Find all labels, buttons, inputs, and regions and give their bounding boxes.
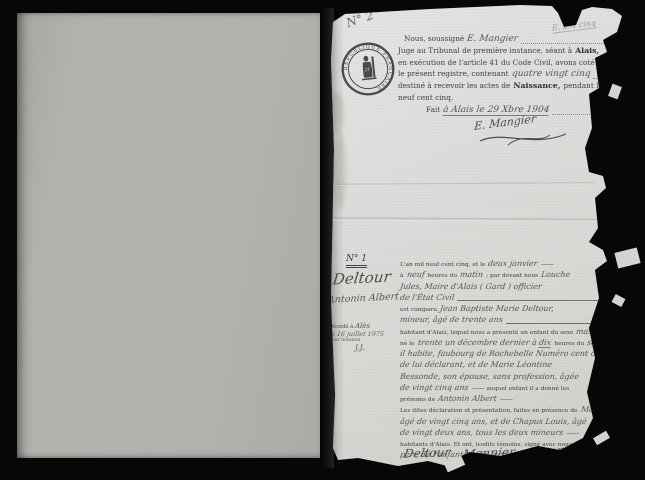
printed-text: ; par devant nous — [486, 273, 538, 279]
death-margin-note: Décédé à Alès le 16 juillet 1975 Pour me… — [329, 322, 403, 352]
register-scan: N° 2 E. 2M cinq RÉPUBLIQUE FRANÇAISE 2f … — [0, 0, 645, 480]
handwritten-text: dix — [539, 338, 552, 348]
text-line: Bessonde, son épouse, sans profession, â… — [400, 372, 622, 383]
handwritten-text: Jean Baptiste Marie Deltour, — [440, 304, 555, 313]
death-note-date: le 16 juillet 1975 — [329, 330, 404, 338]
printed-text: Juge au Tribunal de première instance, s… — [398, 46, 572, 55]
signature: Louche — [593, 441, 640, 463]
printed-text: est comparu — [400, 307, 437, 313]
handwritten-text: deux janvier — [488, 259, 539, 268]
handwritten-text: de l'État Civil — [399, 293, 454, 302]
handwritten-text: matin — [460, 270, 484, 279]
handwritten-text: soir — [587, 338, 603, 347]
handwritten-text: neuf — [406, 270, 425, 279]
handwritten-text: de lui déclarant, et de Marie Léontine — [399, 360, 552, 369]
handwritten-text: quatre vingt cinq — [511, 69, 591, 79]
printed-text: Nous, soussigné — [404, 34, 464, 43]
text-line: en exécution de l'article 41 du Code Civ… — [398, 58, 624, 70]
printed-text: heures du — [427, 273, 457, 279]
text-line: Jules, Maire d'Alais ( Gard ) officier — [400, 282, 622, 293]
text-line: est comparuJean Baptiste Marie Deltour, — [400, 304, 622, 315]
text-line: de lui déclarant, et de Marie Léontine — [400, 360, 622, 371]
printed-text: neuf cent cinq. — [398, 93, 453, 102]
torn-paper-fleck — [608, 84, 622, 100]
text-line: neuf cent cinq. — [398, 93, 624, 105]
text-line: prénoms deAntonin Albert—— — [400, 394, 622, 405]
printed-text: —— — [541, 260, 553, 268]
torn-paper-fleck — [614, 247, 640, 268]
handwritten-text: Monnier Pierre — [580, 405, 642, 414]
printed-text: Alais, — [575, 46, 599, 55]
handwritten-text: Bessonde, son épouse, sans profession, â… — [399, 372, 579, 381]
printed-text: L'an mil neuf cent cinq, et le — [400, 262, 485, 268]
signature: Deltour — [403, 445, 452, 461]
handwritten-text: Louche — [541, 270, 571, 279]
seal-denomination: 2f — [364, 67, 370, 73]
printed-text: , dans la maison où — [605, 341, 645, 347]
text-line: de vingt deux ans, tous les deux mineurs… — [400, 428, 622, 439]
handwritten-text: âgé de vingt cinq ans, et de Chapus Loui… — [399, 417, 587, 426]
republic-revenue-stamp-seal: RÉPUBLIQUE FRANÇAISE 2f — [338, 39, 397, 98]
handwritten-text: il habite, faubourg de Rochebelle Numéro… — [399, 349, 610, 358]
fill-line — [521, 42, 624, 44]
printed-text: —— — [500, 395, 512, 403]
blank-left-page — [17, 13, 322, 458]
printed-text: —— — [566, 429, 578, 437]
text-line: mineur, âgé de trente ans — [400, 315, 622, 326]
fill-line — [506, 322, 622, 324]
signatures-row: DeltourMonnierChapusLouche — [404, 444, 638, 460]
printed-text: feuilles, — [604, 69, 633, 78]
text-line: Les dites déclaration et présentation, f… — [400, 405, 622, 416]
paper-stain — [334, 132, 346, 210]
text-line: destiné à recevoir les actes deNaissance… — [398, 81, 624, 93]
death-note-place: Alès — [355, 322, 371, 330]
fill-line — [457, 299, 622, 301]
act-number: N° 1 — [346, 254, 367, 268]
text-line: habitant d'Alais, lequel nous a présenté… — [400, 327, 622, 338]
signature: Chapus — [526, 441, 583, 462]
printed-text: prénoms de — [400, 397, 435, 403]
act-margin-given-names: Antonin Albert — [327, 291, 399, 306]
corner-pencil-note: E. 2M cinq — [552, 18, 597, 33]
folio-number-note: N° 2 — [345, 8, 376, 30]
printed-text: Fait — [426, 105, 440, 114]
register-attestation-text: Nous, soussignéE. MangierJuge au Tribuna… — [398, 34, 624, 117]
fill-line — [593, 77, 601, 79]
text-line: de l'État Civil — [400, 293, 622, 304]
handwritten-text: trente un décembre dernier à — [417, 338, 537, 347]
handwritten-text: E. Mangier — [467, 34, 519, 44]
text-line: il habite, faubourg de Rochebelle Numéro… — [400, 349, 622, 360]
handwritten-text: Antonin Albert — [438, 394, 498, 403]
torn-paper-fleck — [612, 294, 626, 307]
handwritten-text: de vingt deux ans, tous les deux mineurs — [399, 428, 563, 437]
handwritten-text: mineur, âgé de trente ans — [399, 315, 503, 324]
signature-flourish — [478, 128, 574, 148]
text-line: né letrente un décembre dernier àdixheur… — [400, 338, 622, 349]
printed-text: heures du — [554, 341, 584, 347]
text-line: Nous, soussignéE. Mangier — [398, 34, 624, 46]
text-line: Juge au Tribunal de première instance, s… — [398, 46, 624, 58]
handwritten-text: masculin — [576, 327, 613, 336]
act-margin-surname: Deltour — [332, 268, 392, 289]
text-line: de vingt cinq ans——auquel enfant il a do… — [400, 383, 622, 394]
handwritten-text: de vingt cinq ans — [399, 383, 469, 392]
printed-text: Naissance, — [513, 81, 560, 90]
printed-text: le présent registre, contenant — [398, 69, 509, 78]
printed-text: —— — [471, 384, 483, 392]
birth-act-text: L'an mil neuf cent cinq, et ledeux janvi… — [400, 259, 622, 462]
register-recto-page: N° 2 E. 2M cinq RÉPUBLIQUE FRANÇAISE 2f … — [328, 4, 645, 472]
printed-text: en exécution de l'article 41 du Code Civ… — [398, 58, 637, 67]
death-note-initials: J.J. — [329, 343, 403, 352]
fold-crease — [332, 182, 594, 186]
printed-text: auquel enfant il a donné les — [486, 386, 569, 392]
printed-text: né le — [400, 341, 415, 347]
printed-text: pendant l'année mil — [563, 81, 636, 90]
printed-text: Les dites déclaration et présentation, f… — [400, 408, 578, 414]
text-line: le présent registre, contenantquatre vin… — [398, 69, 624, 81]
fill-line — [552, 113, 624, 115]
fold-crease — [332, 217, 598, 221]
text-line: L'an mil neuf cent cinq, et ledeux janvi… — [400, 259, 622, 270]
printed-text: destiné à recevoir les actes de — [398, 81, 510, 90]
torn-paper-fleck — [593, 431, 610, 445]
handwritten-text: Jules, Maire d'Alais ( Gard ) officier — [399, 282, 542, 291]
text-line: àneufheures dumatin; par devant nousLouc… — [400, 270, 622, 281]
signature: Monnier — [462, 445, 516, 462]
printed-text: habitant d'Alais, lequel nous a présenté… — [400, 330, 573, 336]
text-line: âgé de vingt cinq ans, et de Chapus Loui… — [400, 417, 622, 428]
printed-text: à — [400, 273, 404, 279]
